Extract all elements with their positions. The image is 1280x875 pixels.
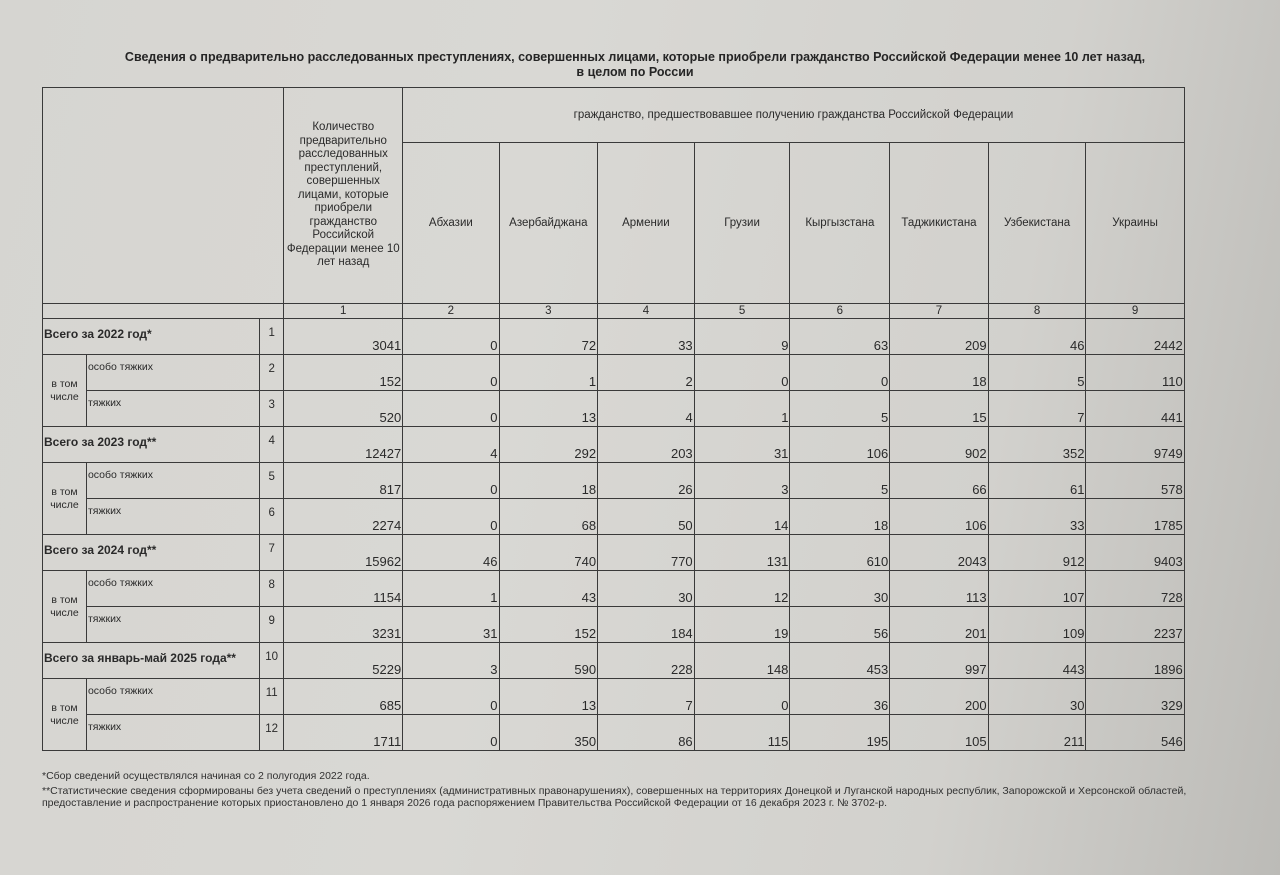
value-cell: 15962 xyxy=(284,535,403,571)
value-cell: 30 xyxy=(988,679,1086,715)
value-cell: 0 xyxy=(694,679,790,715)
value-cell: 43 xyxy=(499,571,598,607)
column-number: 6 xyxy=(790,304,890,319)
value-cell: 152 xyxy=(284,355,403,391)
statistics-table: Количество предварительно расследованных… xyxy=(42,87,1280,751)
value-cell: 352 xyxy=(988,427,1086,463)
value-cell: 9403 xyxy=(1086,535,1184,571)
value-cell: 115 xyxy=(694,715,790,751)
including-label: в том числе xyxy=(43,679,87,751)
value-cell: 211 xyxy=(988,715,1086,751)
value-cell: 3041 xyxy=(284,319,403,355)
value-cell: 46 xyxy=(988,319,1086,355)
value-cell: 148 xyxy=(694,643,790,679)
value-cell: 30 xyxy=(790,571,890,607)
value-cell: 292 xyxy=(499,427,598,463)
value-cell: 152 xyxy=(499,607,598,643)
value-cell: 912 xyxy=(988,535,1086,571)
value-cell: 770 xyxy=(598,535,695,571)
value-cell: 12 xyxy=(694,571,790,607)
value-cell: 0 xyxy=(694,355,790,391)
value-cell: 203 xyxy=(598,427,695,463)
value-cell: 2237 xyxy=(1086,607,1184,643)
value-cell: 209 xyxy=(890,319,988,355)
value-cell: 201 xyxy=(890,607,988,643)
value-cell: 1154 xyxy=(284,571,403,607)
value-cell: 443 xyxy=(988,643,1086,679)
value-cell: 1 xyxy=(403,571,499,607)
table-row-total: Всего за 2023 год**412427429220331106902… xyxy=(43,427,1280,463)
header-country-4: Армении xyxy=(598,143,695,304)
row-label-sub: тяжких xyxy=(86,607,259,643)
value-cell: 5 xyxy=(790,391,890,427)
value-cell: 902 xyxy=(890,427,988,463)
value-cell: 2 xyxy=(598,355,695,391)
row-label-sub: особо тяжких xyxy=(86,463,259,499)
table-row: тяжких62274068501418106331785 xyxy=(43,499,1280,535)
row-label-sub: особо тяжких xyxy=(86,571,259,607)
value-cell: 110 xyxy=(1086,355,1184,391)
value-cell: 7 xyxy=(598,679,695,715)
value-cell: 9 xyxy=(694,319,790,355)
value-cell: 26 xyxy=(598,463,695,499)
column-number: 9 xyxy=(1086,304,1184,319)
value-cell: 0 xyxy=(403,463,499,499)
table-row: тяжких3520013415157441 xyxy=(43,391,1280,427)
header-citizenship-group: гражданство, предшествовавшее получению … xyxy=(403,88,1185,143)
value-cell: 184 xyxy=(598,607,695,643)
column-number: 8 xyxy=(988,304,1086,319)
value-cell: 453 xyxy=(790,643,890,679)
value-cell: 1785 xyxy=(1086,499,1184,535)
value-cell: 350 xyxy=(499,715,598,751)
value-cell: 106 xyxy=(890,499,988,535)
value-cell: 18 xyxy=(790,499,890,535)
value-cell: 329 xyxy=(1086,679,1184,715)
row-number: 4 xyxy=(260,427,284,463)
table-row: тяжких932313115218419562011092237 xyxy=(43,607,1280,643)
value-cell: 0 xyxy=(403,391,499,427)
header-country-8: Узбекистана xyxy=(988,143,1086,304)
value-cell: 14 xyxy=(694,499,790,535)
value-cell: 0 xyxy=(403,679,499,715)
value-cell: 31 xyxy=(694,427,790,463)
value-cell: 18 xyxy=(499,463,598,499)
value-cell: 5229 xyxy=(284,643,403,679)
row-label-total: Всего за январь-май 2025 года** xyxy=(43,643,260,679)
value-cell: 66 xyxy=(890,463,988,499)
row-label-sub: тяжких xyxy=(86,715,259,751)
footnote-1: *Сбор сведений осуществлялся начиная со … xyxy=(42,770,1222,783)
value-cell: 228 xyxy=(598,643,695,679)
value-cell: 61 xyxy=(988,463,1086,499)
footnote-2: **Статистические сведения сформированы б… xyxy=(42,785,1222,810)
row-label-sub: особо тяжких xyxy=(86,355,259,391)
row-number: 7 xyxy=(260,535,284,571)
value-cell: 3 xyxy=(403,643,499,679)
row-number: 10 xyxy=(260,643,284,679)
table-row: тяжких121711035086115195105211546 xyxy=(43,715,1280,751)
value-cell: 131 xyxy=(694,535,790,571)
value-cell: 33 xyxy=(988,499,1086,535)
value-cell: 1 xyxy=(499,355,598,391)
column-number: 2 xyxy=(403,304,499,319)
table-row-total: Всего за 2024 год**715962467407701316102… xyxy=(43,535,1280,571)
value-cell: 72 xyxy=(499,319,598,355)
row-number: 2 xyxy=(260,355,284,391)
row-label-sub: особо тяжких xyxy=(86,679,259,715)
value-cell: 610 xyxy=(790,535,890,571)
value-cell: 2274 xyxy=(284,499,403,535)
column-number: 7 xyxy=(890,304,988,319)
value-cell: 4 xyxy=(403,427,499,463)
header-country-6: Кыргызстана xyxy=(790,143,890,304)
row-label-total: Всего за 2022 год* xyxy=(43,319,260,355)
value-cell: 1 xyxy=(694,391,790,427)
value-cell: 200 xyxy=(890,679,988,715)
value-cell: 107 xyxy=(988,571,1086,607)
row-label-sub: тяжких xyxy=(86,499,259,535)
table-row: в том числеособо тяжких215201200185110 xyxy=(43,355,1280,391)
footnotes: *Сбор сведений осуществлялся начиная со … xyxy=(42,770,1222,812)
value-cell: 4 xyxy=(598,391,695,427)
header-count-column: Количество предварительно расследованных… xyxy=(284,88,403,304)
value-cell: 0 xyxy=(403,499,499,535)
value-cell: 817 xyxy=(284,463,403,499)
including-label: в том числе xyxy=(43,355,87,427)
value-cell: 5 xyxy=(988,355,1086,391)
value-cell: 18 xyxy=(890,355,988,391)
header-corner-cell xyxy=(43,88,284,304)
value-cell: 36 xyxy=(790,679,890,715)
value-cell: 105 xyxy=(890,715,988,751)
column-number: 4 xyxy=(598,304,695,319)
table-row: в том числеособо тяжких11685013703620030… xyxy=(43,679,1280,715)
value-cell: 113 xyxy=(890,571,988,607)
value-cell: 3231 xyxy=(284,607,403,643)
value-cell: 0 xyxy=(403,319,499,355)
value-cell: 5 xyxy=(790,463,890,499)
value-cell: 520 xyxy=(284,391,403,427)
header-country-7: Таджикистана xyxy=(890,143,988,304)
header-country-9: Украины xyxy=(1086,143,1184,304)
row-label-total: Всего за 2023 год** xyxy=(43,427,260,463)
value-cell: 3 xyxy=(694,463,790,499)
value-cell: 109 xyxy=(988,607,1086,643)
value-cell: 2442 xyxy=(1086,319,1184,355)
table-row-total: Всего за январь-май 2025 года**105229359… xyxy=(43,643,1280,679)
value-cell: 50 xyxy=(598,499,695,535)
value-cell: 13 xyxy=(499,391,598,427)
column-number: 3 xyxy=(499,304,598,319)
value-cell: 63 xyxy=(790,319,890,355)
header-country-5: Грузии xyxy=(694,143,790,304)
row-number: 3 xyxy=(260,391,284,427)
row-number: 1 xyxy=(260,319,284,355)
value-cell: 46 xyxy=(403,535,499,571)
value-cell: 56 xyxy=(790,607,890,643)
value-cell: 2043 xyxy=(890,535,988,571)
value-cell: 740 xyxy=(499,535,598,571)
header-country-2: Абхазии xyxy=(403,143,499,304)
value-cell: 12427 xyxy=(284,427,403,463)
row-label-total: Всего за 2024 год** xyxy=(43,535,260,571)
colnum-corner xyxy=(43,304,284,319)
row-number: 8 xyxy=(260,571,284,607)
value-cell: 15 xyxy=(890,391,988,427)
title-line-2: в целом по России xyxy=(40,65,1230,80)
value-cell: 9749 xyxy=(1086,427,1184,463)
value-cell: 997 xyxy=(890,643,988,679)
column-number: 1 xyxy=(284,304,403,319)
value-cell: 578 xyxy=(1086,463,1184,499)
document-title: Сведения о предварительно расследованных… xyxy=(40,50,1230,80)
value-cell: 68 xyxy=(499,499,598,535)
value-cell: 31 xyxy=(403,607,499,643)
value-cell: 195 xyxy=(790,715,890,751)
row-label-sub: тяжких xyxy=(86,391,259,427)
header-country-3: Азербайджана xyxy=(499,143,598,304)
table-row: в том числеособо тяжких58170182635666157… xyxy=(43,463,1280,499)
value-cell: 13 xyxy=(499,679,598,715)
value-cell: 0 xyxy=(403,355,499,391)
value-cell: 546 xyxy=(1086,715,1184,751)
value-cell: 590 xyxy=(499,643,598,679)
value-cell: 728 xyxy=(1086,571,1184,607)
value-cell: 1896 xyxy=(1086,643,1184,679)
value-cell: 1711 xyxy=(284,715,403,751)
including-label: в том числе xyxy=(43,463,87,535)
value-cell: 86 xyxy=(598,715,695,751)
value-cell: 30 xyxy=(598,571,695,607)
row-number: 9 xyxy=(260,607,284,643)
value-cell: 19 xyxy=(694,607,790,643)
column-number: 5 xyxy=(694,304,790,319)
row-number: 11 xyxy=(260,679,284,715)
title-line-1: Сведения о предварительно расследованных… xyxy=(40,50,1230,65)
value-cell: 441 xyxy=(1086,391,1184,427)
including-label: в том числе xyxy=(43,571,87,643)
value-cell: 685 xyxy=(284,679,403,715)
value-cell: 0 xyxy=(790,355,890,391)
table-row: в том числеособо тяжких81154143301230113… xyxy=(43,571,1280,607)
value-cell: 33 xyxy=(598,319,695,355)
table-row-total: Всего за 2022 год*1304107233963209462442 xyxy=(43,319,1280,355)
value-cell: 0 xyxy=(403,715,499,751)
row-number: 12 xyxy=(260,715,284,751)
value-cell: 7 xyxy=(988,391,1086,427)
row-number: 6 xyxy=(260,499,284,535)
value-cell: 106 xyxy=(790,427,890,463)
row-number: 5 xyxy=(260,463,284,499)
